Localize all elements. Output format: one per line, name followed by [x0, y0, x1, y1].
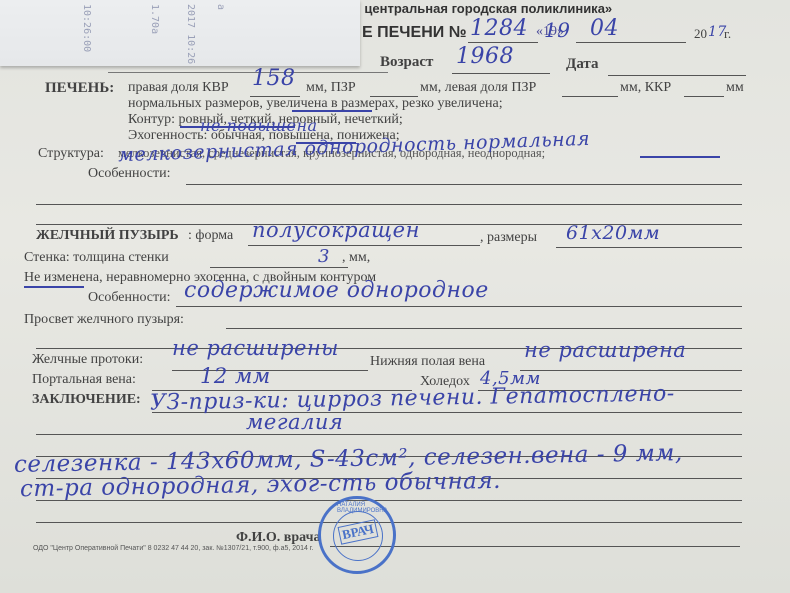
gallbladder-shape-label: : форма: [188, 228, 233, 244]
conclusion-line-2: [36, 434, 742, 435]
ultrasound-report-form: ая центральная городская поликлиника» Е …: [0, 0, 790, 593]
gb-features-value: содержимое однородное: [184, 278, 489, 303]
date-line: [608, 75, 746, 76]
date-label: Дата: [566, 56, 598, 73]
liver-row1-e: мм: [726, 80, 744, 96]
conclusion-label: ЗАКЛЮЧЕНИЕ:: [32, 392, 141, 408]
receipt-line-3: 2017 10:26: [185, 4, 196, 64]
clinic-name: ая центральная городская поликлиника»: [346, 1, 612, 16]
size-line: [556, 247, 742, 248]
structure-strike: [640, 156, 720, 158]
name-line: [108, 72, 388, 73]
print-imprint: ОДО "Центр Оперативной Печати" 8 0232 47…: [33, 545, 313, 552]
bile-ducts-label: Желчные протоки:: [32, 352, 143, 368]
left-pzr-line: [562, 96, 618, 97]
liver-row1-a: правая доля КВР: [128, 80, 229, 96]
receipt-line-1: 10:26:00: [81, 4, 92, 52]
lumen-label: Просвет желчного пузыря:: [24, 312, 184, 328]
form-title: Е ПЕЧЕНИ №: [362, 24, 467, 42]
receipt-line-4: а: [215, 4, 226, 10]
wall-line: [210, 267, 348, 268]
liver-features-line: [186, 184, 742, 185]
size-label: , размеры: [480, 230, 537, 246]
size-value: 61х20мм: [566, 222, 660, 244]
age-value: 1968: [456, 44, 514, 69]
ivc-value: не расширена: [524, 338, 686, 362]
year-prefix: 20: [694, 26, 707, 42]
portal-vein-label: Портальная вена:: [32, 372, 136, 388]
receipt-line-2: 1.70а: [149, 4, 160, 34]
gb-features-line: [176, 306, 742, 307]
shape-line: [248, 245, 480, 246]
blank-line-1: [36, 204, 742, 205]
conclusion-line-5: [36, 500, 742, 501]
echo-hw: не повышена: [200, 116, 318, 135]
protocol-number-line: [468, 42, 538, 43]
wall-underline: [24, 286, 84, 288]
date-month: 04: [590, 16, 619, 41]
year-suffix: г.: [724, 26, 731, 42]
age-label: Возраст: [380, 54, 433, 71]
protocol-number: 1284: [470, 16, 528, 41]
wall-value: 3: [318, 246, 330, 267]
stamp-ring-text: НАТАЛИЯ ВЛАДИМИРОВНА: [337, 502, 393, 514]
bile-ducts-value: не расширены: [172, 336, 339, 360]
gallbladder-label: ЖЕЛЧНЫЙ ПУЗЫРЬ: [36, 228, 179, 244]
kvr-value: 158: [252, 66, 296, 91]
structure-label: Структура:: [38, 146, 104, 162]
wall-unit: , мм,: [342, 250, 370, 266]
ivc-label: Нижняя полая вена: [370, 354, 485, 370]
liver-row1-c: мм, левая доля ПЗР: [420, 80, 536, 96]
gb-features-label: Особенности:: [88, 290, 171, 306]
portal-value: 12 мм: [200, 364, 271, 388]
doctor-stamp: ВРАЧ НАТАЛИЯ ВЛАДИМИРОВНА: [318, 496, 396, 574]
liver-label: ПЕЧЕНЬ:: [45, 80, 114, 97]
wall-label: Стенка: толщина стенки: [24, 250, 169, 266]
age-line: [452, 73, 550, 74]
liver-features-label: Особенности:: [88, 166, 171, 182]
kkr-line: [684, 96, 724, 97]
receipt-slip: 10:26:00 1.70а 2017 10:26 а: [0, 0, 360, 66]
conclusion-text-2: мегалия: [246, 410, 343, 434]
lumen-line: [226, 328, 742, 329]
ivc-line: [520, 370, 742, 371]
date-day-hw: 19: [544, 18, 570, 42]
liver-row1-b: мм, ПЗР: [306, 80, 356, 96]
shape-value: полусокращен: [252, 218, 420, 242]
date-month-line: [576, 42, 686, 43]
doctor-name-label: Ф.И.О. врача: [236, 530, 321, 546]
liver-row1-d: мм, ККР: [620, 80, 671, 96]
